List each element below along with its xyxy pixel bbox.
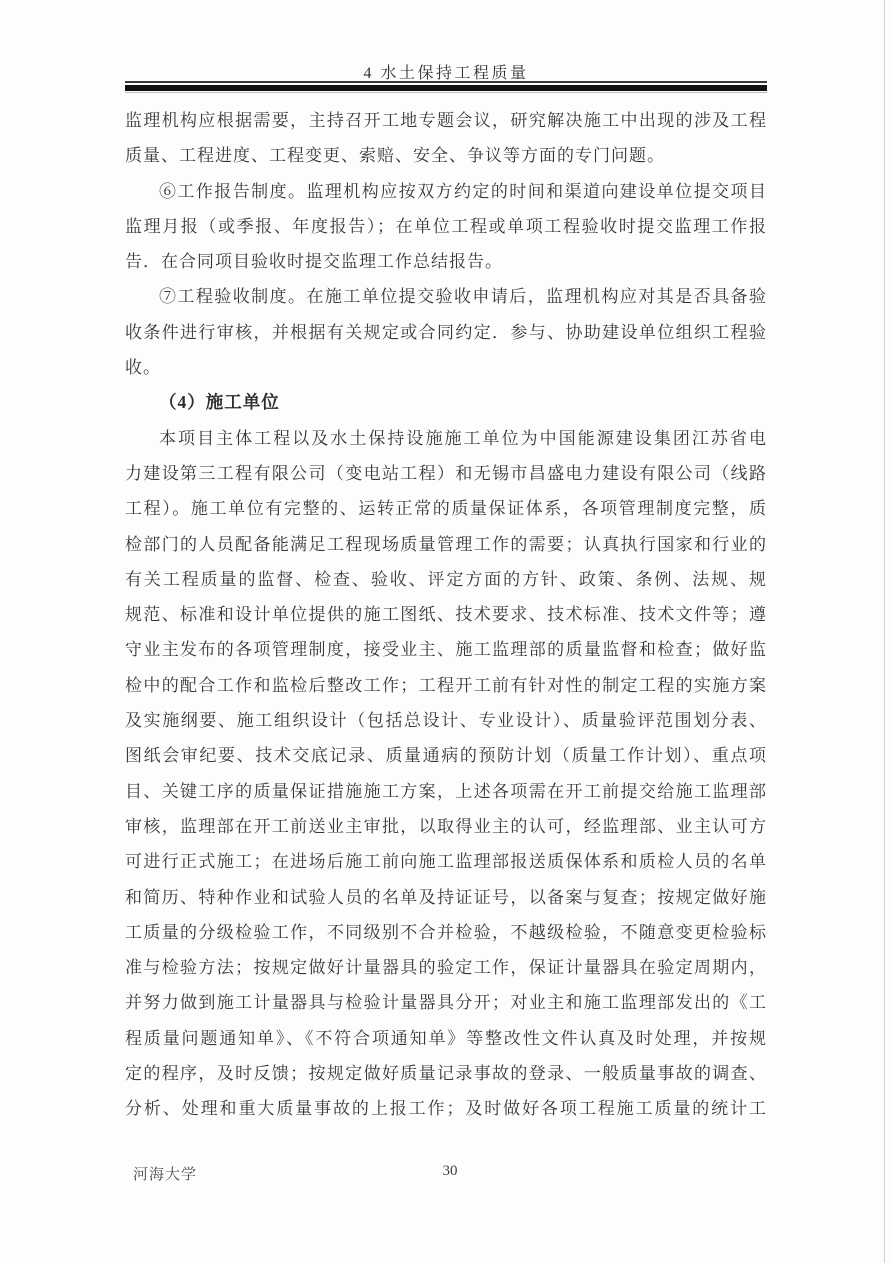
scan-edge-line — [884, 0, 885, 1263]
body-text: 监理机构应根据需要，主持召开工地专题会议，研究解决施工中出现的涉及工程质量、工程… — [125, 103, 767, 1127]
text-line: 准与检验方法；按规定做好计量器具的验定工作，保证计量器具在验定周期内， — [125, 950, 767, 985]
text-line: 本项目主体工程以及水土保持设施施工单位为中国能源建设集团江苏省电 — [125, 421, 767, 456]
text-line: 和简历、特种作业和试验人员的名单及持证证号，以备案与复查；按规定做好施 — [125, 880, 767, 915]
text-line: 程质量问题通知单》、《不符合项通知单》等整改性文件认真及时处理，并按规 — [125, 1021, 767, 1056]
text-line: 监理机构应根据需要，主持召开工地专题会议，研究解决施工中出现的涉及工程 — [125, 103, 767, 138]
text-line: 告．在合同项目验收时提交监理工作总结报告。 — [125, 244, 767, 279]
text-line: 目、关键工序的质量保证措施施工方案，上述各项需在开工前提交给施工监理部 — [125, 774, 767, 809]
header-rule-thick-line — [125, 85, 767, 91]
text-line: 收。 — [125, 350, 767, 385]
text-line: 检中的配合工作和监检后整改工作；工程开工前有针对性的制定工程的实施方案 — [125, 668, 767, 703]
text-line: 分析、处理和重大质量事故的上报工作；及时做好各项工程施工质量的统计工作， — [125, 1091, 767, 1126]
text-line: ⑦工程验收制度。在施工单位提交验收申请后，监理机构应对其是否具备验 — [125, 279, 767, 314]
document-page: 4 水土保持工程质量 监理机构应根据需要，主持召开工地专题会议，研究解决施工中出… — [0, 0, 892, 1263]
text-line: 工质量的分级检验工作，不同级别不合并检验，不越级检验，不随意变更检验标 — [125, 915, 767, 950]
text-line: 图纸会审纪要、技术交底记录、质量通病的预防计划（质量工作计划）、重点项 — [125, 738, 767, 773]
page-number: 30 — [125, 1163, 775, 1180]
text-line: 可进行正式施工；在进场后施工前向施工监理部报送质保体系和质检人员的名单 — [125, 844, 767, 879]
text-line: 监理月报（或季报、年度报告）；在单位工程或单项工程验收时提交监理工作报 — [125, 209, 767, 244]
header-rule-hairline — [125, 92, 767, 93]
text-line: 质量、工程进度、工程变更、索赔、安全、争议等方面的专门问题。 — [125, 138, 767, 173]
text-line: 并努力做到施工计量器具与检验计量器具分开；对业主和施工监理部发出的《工 — [125, 985, 767, 1020]
text-line: 工程）。施工单位有完整的、运转正常的质量保证体系，各项管理制度完整，质 — [125, 491, 767, 526]
text-line: ⑥工作报告制度。监理机构应按双方约定的时间和渠道向建设单位提交项目 — [125, 174, 767, 209]
page-header-title: 4 水土保持工程质量 — [125, 60, 767, 83]
text-line: 力建设第三工程有限公司（变电站工程）和无锡市昌盛电力建设有限公司（线路 — [125, 456, 767, 491]
text-line: 规范、标准和设计单位提供的施工图纸、技术要求、技术标准、技术文件等；遵 — [125, 597, 767, 632]
text-line: 检部门的人员配备能满足工程现场质量管理工作的需要；认真执行国家和行业的 — [125, 527, 767, 562]
text-line: 审核，监理部在开工前送业主审批，以取得业主的认可，经监理部、业主认可方 — [125, 809, 767, 844]
text-line: 定的程序，及时反馈；按规定做好质量记录事故的登录、一般质量事故的调查、 — [125, 1056, 767, 1091]
text-line: 收条件进行审核，并根据有关规定或合同约定．参与、协助建设单位组织工程验 — [125, 315, 767, 350]
header-double-rule — [125, 81, 767, 93]
text-line: 守业主发布的各项管理制度，接受业主、施工监理部的质量监督和检查；做好监 — [125, 632, 767, 667]
text-line: 及实施纲要、施工组织设计（包括总设计、专业设计）、质量验评范围划分表、 — [125, 703, 767, 738]
section-heading: （4）施工单位 — [125, 385, 767, 420]
text-line: 有关工程质量的监督、检查、验收、评定方面的方针、政策、条例、法规、规程、 — [125, 562, 767, 597]
